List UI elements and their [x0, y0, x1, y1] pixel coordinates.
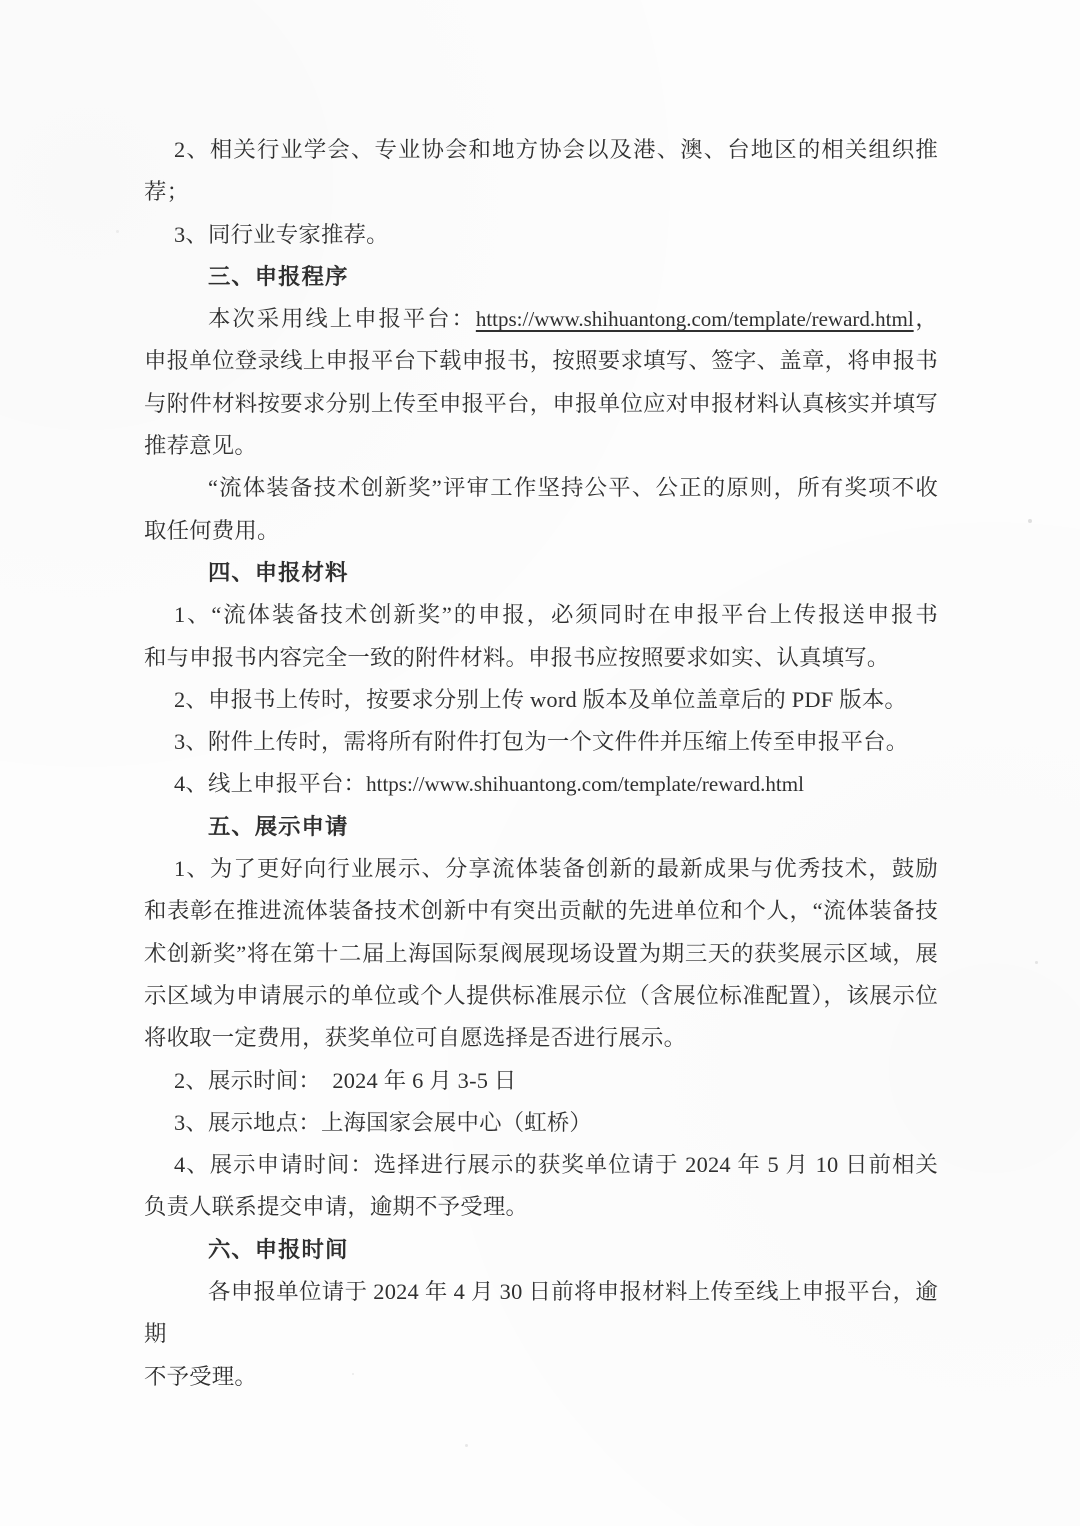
text-run: ， [914, 306, 938, 331]
text-line: 示区域为申请展示的单位或个人提供标准展示位（含展位标准配置），该展示位 [144, 975, 938, 1017]
text-line: 将收取一定费用，获奖单位可自愿选择是否进行展示。 [144, 1017, 938, 1059]
text-line: 负责人联系提交申请，逾期不予受理。 [144, 1186, 938, 1228]
text-line: 3、同行业专家推荐。 [144, 214, 938, 256]
text-line: 4、展示申请时间：选择进行展示的获奖单位请于 2024 年 5 月 10 日前相… [144, 1144, 938, 1186]
scan-speckle [116, 230, 119, 233]
section-heading-exhibition-application: 五、展示申请 [144, 806, 938, 848]
text-line: 不予受理。 [144, 1356, 938, 1398]
text-line: 本次采用线上申报平台：https://www.shihuantong.com/t… [144, 298, 938, 340]
text-line: 2、申报书上传时，按要求分别上传 word 版本及单位盖章后的 PDF 版本。 [144, 679, 938, 721]
text-line: 1、“流体装备技术创新奖”的申报，必须同时在申报平台上传报送申报书 [144, 594, 938, 636]
text-line: 申报单位登录线上申报平台下载申报书，按照要求填写、签字、盖章，将申报书 [144, 340, 938, 382]
text-run: 本次采用线上申报平台： [208, 306, 476, 331]
scan-speckle [465, 1444, 468, 1447]
text-line: 和表彰在推进流体装备技术创新中有突出贡献的先进单位和个人，“流体装备技 [144, 890, 938, 932]
text-run: 4、线上申报平台： [174, 771, 366, 796]
hyperlink-text: https://www.shihuantong.com/template/rew… [476, 307, 914, 331]
text-line: 3、附件上传时，需将所有附件打包为一个文件件并压缩上传至申报平台。 [144, 721, 938, 763]
text-line: 2、展示时间： 2024 年 6 月 3-5 日 [144, 1060, 938, 1102]
text-line: 各申报单位请于 2024 年 4 月 30 日前将申报材料上传至线上申报平台，逾… [144, 1271, 938, 1356]
text-line: 与附件材料按要求分别上传至申报平台，申报单位应对申报材料认真核实并填写 [144, 383, 938, 425]
url-text: https://www.shihuantong.com/template/rew… [366, 772, 804, 796]
section-heading-application-procedure: 三、申报程序 [144, 256, 938, 298]
scan-speckle [1028, 519, 1032, 523]
text-line: 2、相关行业学会、专业协会和地方协会以及港、澳、台地区的相关组织推 [144, 129, 938, 171]
section-heading-application-time: 六、申报时间 [144, 1229, 938, 1271]
text-line: “流体装备技术创新奖”评审工作坚持公平、公正的原则，所有奖项不收 [144, 467, 938, 509]
scanned-document-page: { "page": { "background": "#fcfcfc", "te… [0, 0, 1080, 1526]
text-line: 荐； [144, 171, 938, 213]
text-line: 和与申报书内容完全一致的附件材料。申报书应按照要求如实、认真填写。 [144, 637, 938, 679]
text-line: 取任何费用。 [144, 510, 938, 552]
text-line: 3、展示地点：上海国家会展中心（虹桥） [144, 1102, 938, 1144]
scan-speckle [352, 1373, 354, 1375]
text-line: 推荐意见。 [144, 425, 938, 467]
text-line: 术创新奖”将在第十二届上海国际泵阀展现场设置为期三天的获奖展示区域，展 [144, 933, 938, 975]
scan-speckle [1035, 961, 1038, 964]
text-line: 4、线上申报平台：https://www.shihuantong.com/tem… [144, 763, 938, 805]
text-line: 1、为了更好向行业展示、分享流体装备创新的最新成果与优秀技术，鼓励 [144, 848, 938, 890]
section-heading-application-materials: 四、申报材料 [144, 552, 938, 594]
document-body: 2、相关行业学会、专业协会和地方协会以及港、澳、台地区的相关组织推 荐； 3、同… [144, 129, 938, 1398]
